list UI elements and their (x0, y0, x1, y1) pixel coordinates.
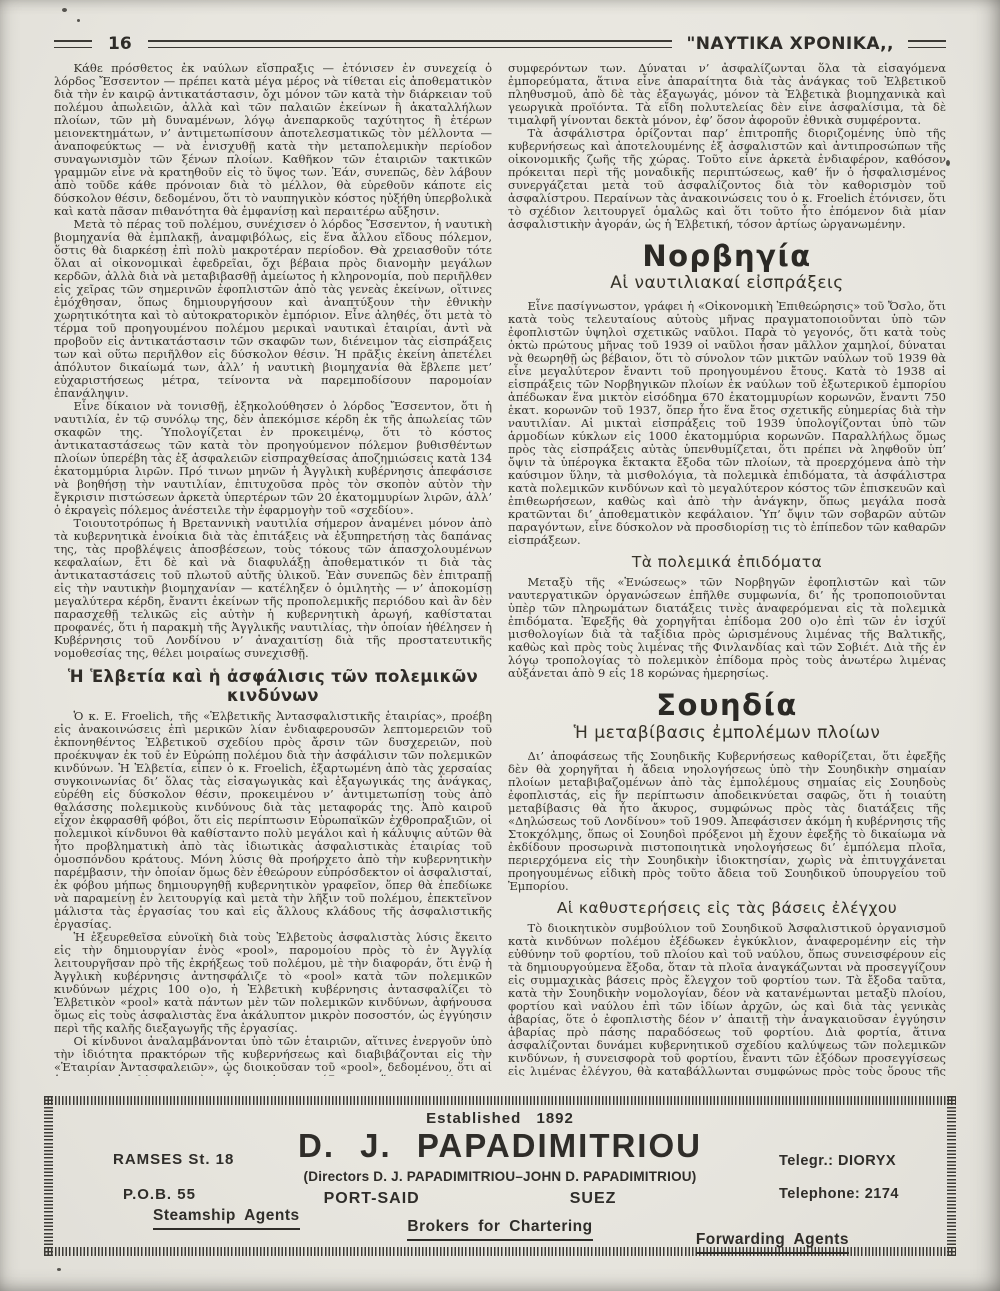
ad-service-steamship-agents: Steamship Agents (153, 1207, 300, 1230)
section-subtitle-norway: Αἱ ναυτιλιακαί εἰσπράξεις (508, 273, 946, 293)
paragraph: Μεταξὺ τῆς «Ἑνώσεως» τῶν Νορβηγῶν ἐφοπλι… (508, 576, 946, 680)
scan-speck (77, 19, 80, 22)
left-column: Κάθε πρόσθετος ἐκ ναύλων εἴσπραξις — ἐτό… (54, 62, 492, 1076)
ad-telegraph: Telegr.: DIORYX (779, 1153, 899, 1169)
header-rule-left (54, 40, 92, 48)
subsection-heading-control-bases: Αἱ καθυστερήσεις εἰς τὰς βάσεις ἐλέγχου (508, 899, 946, 917)
section-title-sweden: Σουηδία (508, 690, 946, 720)
scan-speck (57, 1268, 61, 1271)
article-columns: Κάθε πρόσθετος ἐκ ναύλων εἴσπραξις — ἐτό… (0, 54, 1000, 1076)
paragraph: Εἶνε δίκαιον νὰ τονισθῇ, ἐξηκολούθησεν ὁ… (54, 400, 492, 517)
paragraph: Τὰ ἀσφάλιστρα ὁρίζονται παρ’ ἐπιτροπῆς δ… (508, 127, 946, 231)
ad-content: Established 1892 D. J. PAPADIMITRIOU (Di… (53, 1105, 947, 1247)
ad-ports: PORT-SAID SUEZ (53, 1190, 947, 1208)
ad-service-brokers: Brokers for Chartering (407, 1218, 592, 1241)
paragraph: Μετὰ τὸ πέρας τοῦ πολέμου, συνέχισεν ὁ λ… (54, 218, 492, 400)
paragraph: συμφερόντων των. Δύναται ν’ ἀσφαλίζωνται… (508, 62, 946, 127)
ad-port-said: PORT-SAID (324, 1190, 420, 1208)
page-header: 16 "ΝΑΥΤΙΚΑ ΧΡΟΝΙΚΑ,, (0, 0, 1000, 54)
paragraph: Τοιουτοτρόπως ἡ Βρεταννικὴ ναυτιλία σήμε… (54, 517, 492, 660)
magazine-masthead: "ΝΑΥΤΙΚΑ ΧΡΟΝΙΚΑ,, (682, 34, 898, 54)
ad-border-top (44, 1096, 956, 1105)
paragraph: Δι’ ἀποφάσεως τῆς Σουηδικῆς Κυβερνήσεως … (508, 750, 946, 893)
ad-port-suez: SUEZ (570, 1190, 617, 1208)
ad-service-forwarding-agents: Forwarding Agents (696, 1231, 849, 1254)
magazine-page: 16 "ΝΑΥΤΙΚΑ ΧΡΟΝΙΚΑ,, Κάθε πρόσθετος ἐκ … (0, 0, 1000, 1291)
section-subtitle-sweden: Ἡ μεταβίβασις ἐμπολέμων πλοίων (508, 723, 946, 743)
ad-address-street: RAMSES St. 18 (113, 1151, 234, 1168)
ad-established: Established 1892 (53, 1110, 947, 1127)
page-number: 16 (102, 34, 138, 54)
header-rule-right (908, 40, 946, 48)
scan-speck (62, 8, 67, 12)
paragraph: Ἡ ἐξευρεθεῖσα εὐνοϊκὴ διὰ τοὺς Ἑλβετοὺς … (54, 931, 492, 1035)
advertisement-papadimitriou: Established 1892 D. J. PAPADIMITRIOU (Di… (44, 1096, 956, 1256)
scan-speck (946, 160, 950, 166)
subsection-heading-war-bonuses: Τὰ πολεμικά ἐπιδόματα (508, 553, 946, 571)
paragraph: Οἱ κίνδυνοι ἀναλαμβάνονται ὑπὸ τῶν ἑταιρ… (54, 1035, 492, 1076)
header-rule-middle (148, 40, 673, 48)
paragraph: Εἶνε πασίγνωστον, γράφει ἡ «Οἰκονομικὴ Ἐ… (508, 300, 946, 547)
paragraph: Κάθε πρόσθετος ἐκ ναύλων εἴσπραξις — ἐτό… (54, 62, 492, 218)
ad-border-right (947, 1096, 956, 1256)
section-heading-switzerland: Ἡ Ἑλβετία καὶ ἡ ἀσφάλισις τῶν πολεμικῶν … (54, 667, 492, 705)
ad-border-left (44, 1096, 53, 1256)
paragraph: Ὁ κ. Ε. Froelich, τῆς «Ἑλβετικῆς Ἀντασφα… (54, 710, 492, 931)
section-title-norway: Νορβηγία (508, 241, 946, 271)
paragraph: Τὸ διοικητικὸν συμβούλιον τοῦ Σουηδικοῦ … (508, 922, 946, 1076)
right-column: συμφερόντων των. Δύναται ν’ ἀσφαλίζωνται… (508, 62, 946, 1076)
